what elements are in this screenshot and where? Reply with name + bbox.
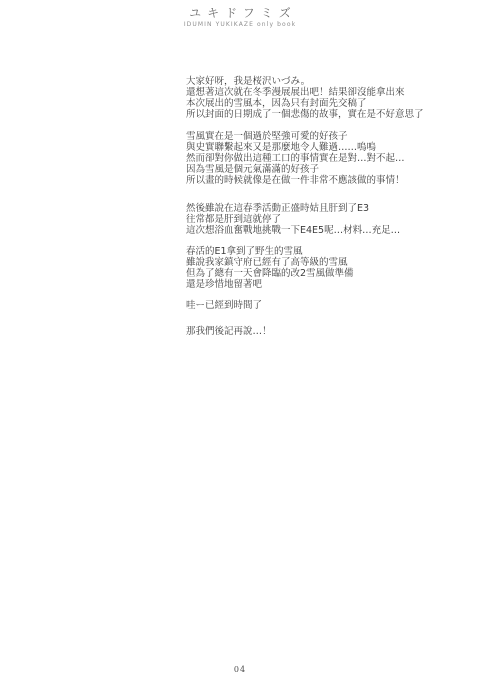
document-page: ユキドフミズ IDUMIN YUKIKAZE only book 大家好呀，我是…: [0, 0, 480, 685]
afterword-paragraph-yukikaze: 雪風實在是一個過於堅強可愛的好孩子 與史實聯繫起來又是那麼地令人難過……嗚嗚 然…: [186, 131, 446, 186]
afterword-paragraph-closing: 那我們後記再說…！: [186, 326, 446, 337]
book-subtitle: IDUMIN YUKIKAZE only book: [0, 21, 480, 28]
afterword-paragraph-spring-event: 春活的E1拿到了野生的雪風 雖說我家鎮守府已經有了高等級的雪風 但為了總有一天會…: [186, 246, 446, 290]
afterword-paragraph-greeting: 大家好呀，我是桜沢いづみ。 還想著這次就在冬季漫展展出吧！結果卻沒能拿出來 本次…: [186, 76, 446, 120]
page-number: 04: [0, 665, 480, 674]
book-title-block: ユキドフミズ IDUMIN YUKIKAZE only book: [0, 6, 480, 28]
afterword-paragraph-time-up: 哇ー已經到時間了: [186, 300, 446, 311]
afterword-paragraph-event: 然後雖說在這春季活動正盛時姑且肝到了E3 往常都是肝到這就停了 這次想浴血奮戰地…: [186, 203, 446, 236]
book-title: ユキドフミズ: [0, 6, 480, 20]
